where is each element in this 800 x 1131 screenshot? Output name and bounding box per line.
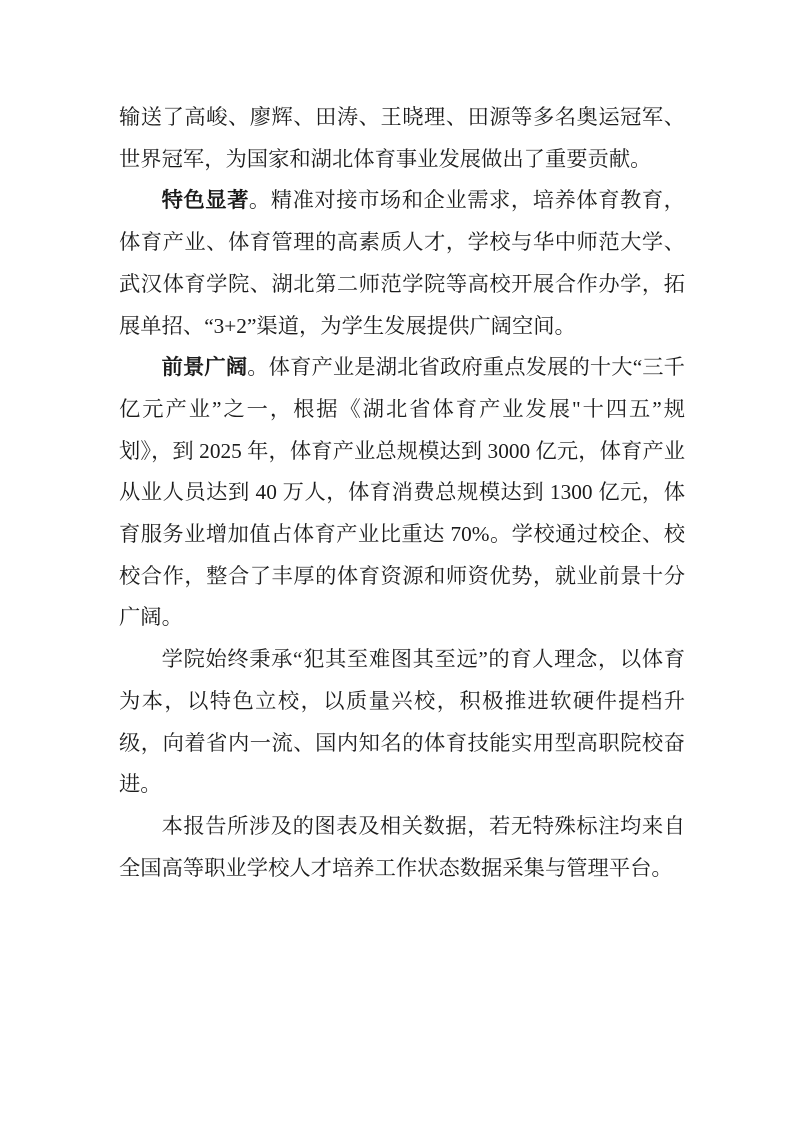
paragraph-mission: 学院始终秉承“犯其至难图其至远”的育人理念，以体育为本，以特色立校，以质量兴校，… xyxy=(119,639,685,806)
paragraph-text: 本报告所涉及的图表及相关数据，若无特殊标注均来自全国高等职业学校人才培养工作状态… xyxy=(119,814,685,880)
paragraph-lead: 前景广阔 xyxy=(162,355,248,379)
paragraph-tese-xianzhu: 特色显著。精准对接市场和企业需求，培养体育教育，体育产业、体育管理的高素质人才，… xyxy=(119,180,685,347)
paragraph-text: 学院始终秉承“犯其至难图其至远”的育人理念，以体育为本，以特色立校，以质量兴校，… xyxy=(119,647,685,796)
paragraph-text: 输送了高峻、廖辉、田涛、王晓理、田源等多名奥运冠军、世界冠军，为国家和湖北体育事… xyxy=(119,105,685,171)
paragraph-text: 。体育产业是湖北省政府重点发展的十大“三千亿元产业”之一，根据《湖北省体育产业发… xyxy=(119,355,685,629)
paragraph-athletes-continuation: 输送了高峻、廖辉、田涛、王晓理、田源等多名奥运冠军、世界冠军，为国家和湖北体育事… xyxy=(119,97,685,180)
paragraph-lead: 特色显著 xyxy=(162,188,249,212)
document-body: 输送了高峻、廖辉、田涛、王晓理、田源等多名奥运冠军、世界冠军，为国家和湖北体育事… xyxy=(119,97,685,889)
document-page: 输送了高峻、廖辉、田涛、王晓理、田源等多名奥运冠军、世界冠军，为国家和湖北体育事… xyxy=(0,0,800,1131)
paragraph-qianjing-guangkuo: 前景广阔。体育产业是湖北省政府重点发展的十大“三千亿元产业”之一，根据《湖北省体… xyxy=(119,347,685,639)
paragraph-data-source-note: 本报告所涉及的图表及相关数据，若无特殊标注均来自全国高等职业学校人才培养工作状态… xyxy=(119,806,685,889)
